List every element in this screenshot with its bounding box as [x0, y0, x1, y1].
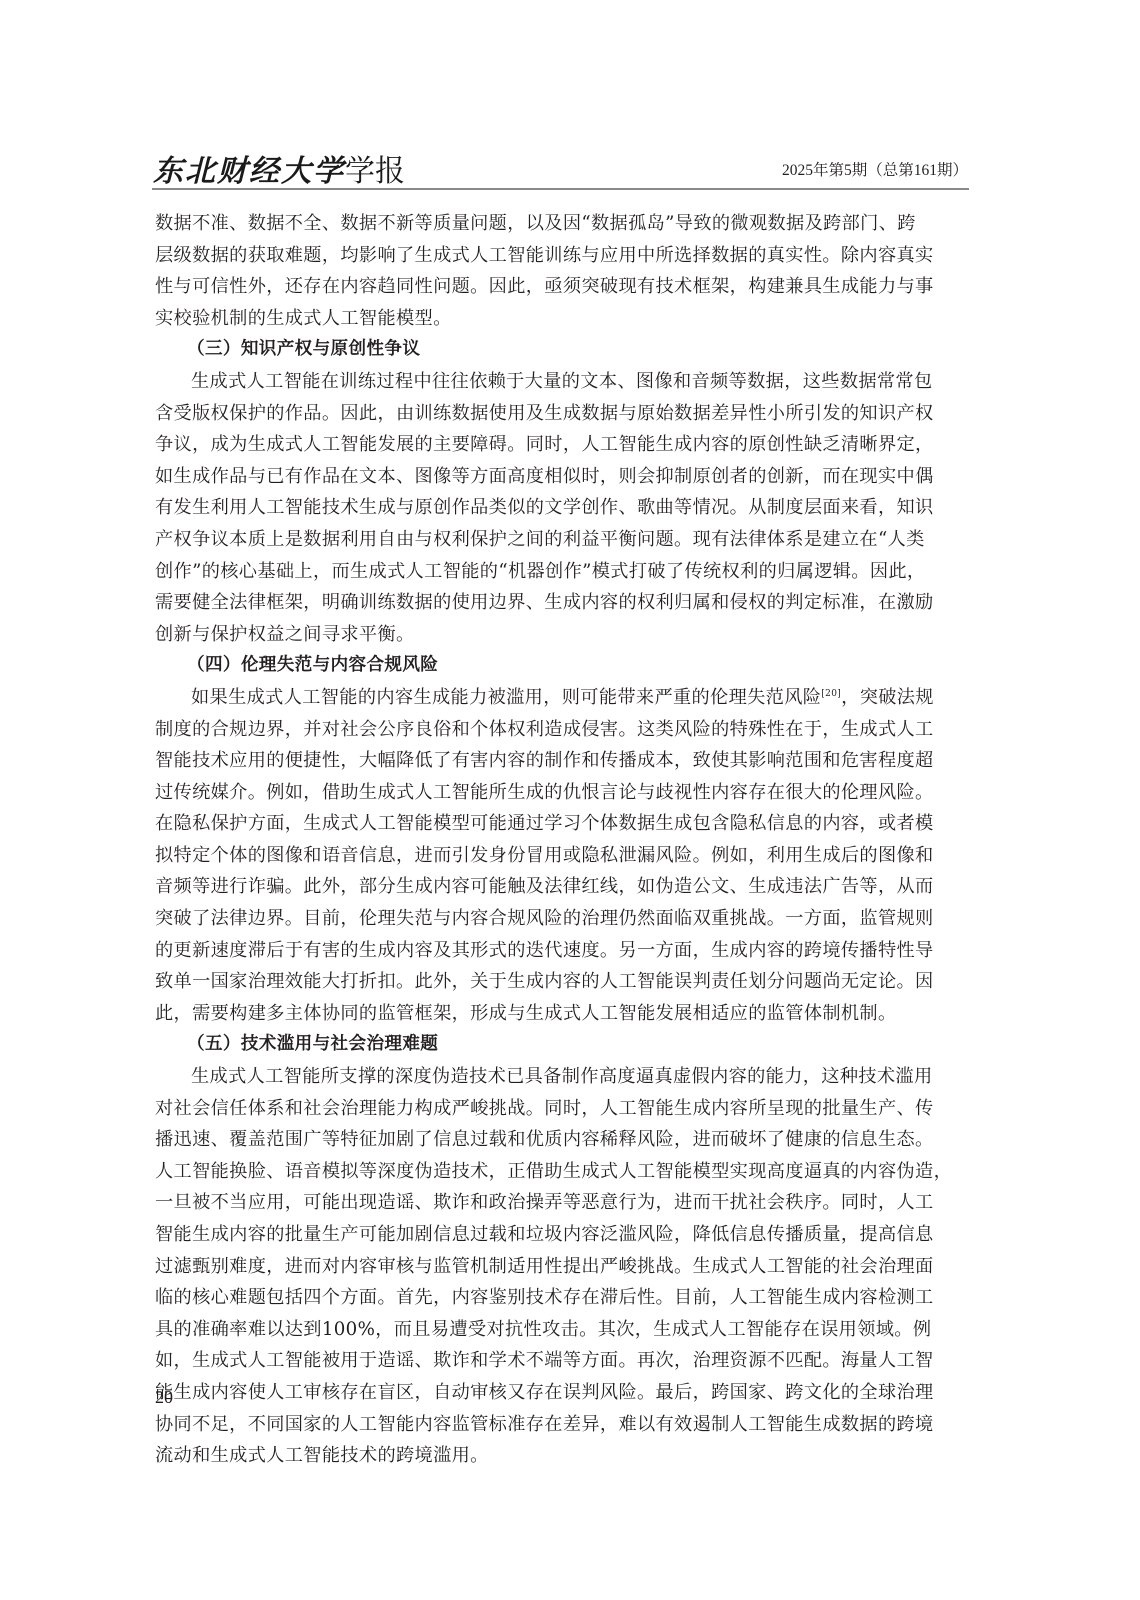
paragraph-line: 过滤甄别难度，进而对内容审核与监管机制适用性提出严峻挑战。生成式人工智能的社会治… [155, 1251, 975, 1283]
line-text: 如果生成式人工智能的内容生成能力被滥用，则可能带来严重的伦理失范风险 [191, 687, 821, 708]
paragraph-line: 创作”的核心基础上，而生成式人工智能的“机器创作”模式打破了传统权利的归属逻辑。… [155, 556, 975, 588]
paragraph-line: 播迅速、覆盖范围广等特征加剧了信息过载和优质内容稀释风险，进而破坏了健康的信息生… [155, 1124, 975, 1156]
paragraph-line: 实校验机制的生成式人工智能模型。 [155, 303, 975, 335]
paragraph-line: 拟特定个体的图像和语音信息，进而引发身份冒用或隐私泄漏风险。例如，利用生成后的图… [155, 840, 975, 872]
section-heading: （三）知识产权与原创性争议 [155, 334, 975, 366]
paragraph-line: 产权争议本质上是数据利用自由与权利保护之间的利益平衡问题。现有法律体系是建立在“… [155, 524, 975, 556]
paragraph-line: 人工智能换脸、语音模拟等深度伪造技术，正借助生成式人工智能模型实现高度逼真的内容… [155, 1156, 975, 1188]
paragraph-line: 一旦被不当应用，可能出现造谣、欺诈和政治操弄等恶意行为，进而干扰社会秩序。同时，… [155, 1187, 975, 1219]
paragraph-line: 如，生成式人工智能被用于造谣、欺诈和学术不端等方面。再次，治理资源不匹配。海量人… [155, 1345, 975, 1377]
paragraph-line: 过传统媒介。例如，借助生成式人工智能所生成的仇恨言论与歧视性内容存在很大的伦理风… [155, 777, 975, 809]
header-divider [152, 188, 969, 190]
page-header: 东北财经大学学报 2025年第5期（总第161期） [153, 150, 968, 186]
paragraph-line: 在隐私保护方面，生成式人工智能模型可能通过学习个体数据生成包含隐私信息的内容，或… [155, 808, 975, 840]
paragraph-line: 的更新速度滞后于有害的生成内容及其形式的迭代速度。另一方面，生成内容的跨境传播特… [155, 935, 975, 967]
section-heading: （五）技术滥用与社会治理难题 [155, 1029, 975, 1061]
paragraph-line: 智能技术应用的便捷性，大幅降低了有害内容的制作和传播成本，致使其影响范围和危害程… [155, 745, 975, 777]
paragraph-line: 协同不足，不同国家的人工智能内容监管标准存在差异，难以有效遏制人工智能生成数据的… [155, 1409, 975, 1441]
paragraph-line: 性与可信性外，还存在内容趋同性问题。因此，亟须突破现有技术框架，构建兼具生成能力… [155, 271, 975, 303]
journal-title: 东北财经大学学报 [153, 146, 405, 190]
paragraph-line: 制度的合规边界，并对社会公序良俗和个体权利造成侵害。这类风险的特殊性在于，生成式… [155, 714, 975, 746]
paragraph-line: 争议，成为生成式人工智能发展的主要障碍。同时，人工智能生成内容的原创性缺乏清晰界… [155, 429, 975, 461]
page-number: 20 [155, 1387, 173, 1408]
paragraph-line: 有发生利用人工智能技术生成与原创作品类似的文学创作、歌曲等情况。从制度层面来看，… [155, 492, 975, 524]
section-heading: （四）伦理失范与内容合规风险 [155, 650, 975, 682]
article-body: 数据不准、数据不全、数据不新等质量问题，以及因“数据孤岛”导致的微观数据及跨部门… [155, 208, 975, 1472]
paragraph-first-line: 如果生成式人工智能的内容生成能力被滥用，则可能带来严重的伦理失范风险[20]，突… [155, 682, 975, 714]
paragraph-line: 临的核心难题包括四个方面。首先，内容鉴别技术存在滞后性。目前，人工智能生成内容检… [155, 1282, 975, 1314]
paragraph-line: 突破了法律边界。目前，伦理失范与内容合规风险的治理仍然面临双重挑战。一方面，监管… [155, 903, 975, 935]
paragraph-first-line: 生成式人工智能在训练过程中往往依赖于大量的文本、图像和音频等数据，这些数据常常包 [155, 366, 975, 398]
paragraph-line: 需要健全法律框架，明确训练数据的使用边界、生成内容的权利归属和侵权的判定标准，在… [155, 587, 975, 619]
paragraph-line: 此，需要构建多主体协同的监管框架，形成与生成式人工智能发展相适应的监管体制机制。 [155, 998, 975, 1030]
paragraph-line: 音频等进行诈骗。此外，部分生成内容可能触及法律红线，如伪造公文、生成违法广告等，… [155, 871, 975, 903]
journal-title-plain: 学报 [345, 154, 405, 189]
paragraph-line: 对社会信任体系和社会治理能力构成严峻挑战。同时，人工智能生成内容所呈现的批量生产… [155, 1093, 975, 1125]
paragraph-line: 含受版权保护的作品。因此，由训练数据使用及生成数据与原始数据差异性小所引发的知识… [155, 398, 975, 430]
paragraph-line: 智能生成内容的批量生产可能加剧信息过载和垃圾内容泛滥风险，降低信息传播质量，提高… [155, 1219, 975, 1251]
citation-reference[interactable]: [20] [821, 689, 841, 699]
paragraph-line: 如生成作品与已有作品在文本、图像等方面高度相似时，则会抑制原创者的创新，而在现实… [155, 461, 975, 493]
paragraph-first-line: 生成式人工智能所支撑的深度伪造技术已具备制作高度逼真虚假内容的能力，这种技术滥用 [155, 1061, 975, 1093]
paragraph-line: 能生成内容使人工审核存在盲区，自动审核又存在误判风险。最后，跨国家、跨文化的全球… [155, 1377, 975, 1409]
journal-title-script: 东北财经大学 [153, 154, 345, 189]
paragraph-line: 具的准确率难以达到100%，而且易遭受对抗性攻击。其次，生成式人工智能存在误用领… [155, 1314, 975, 1346]
paragraph-line: 数据不准、数据不全、数据不新等质量问题，以及因“数据孤岛”导致的微观数据及跨部门… [155, 208, 975, 240]
paragraph-line: 流动和生成式人工智能技术的跨境滥用。 [155, 1440, 975, 1472]
paragraph-line: 层级数据的获取难题，均影响了生成式人工智能训练与应用中所选择数据的真实性。除内容… [155, 240, 975, 272]
paragraph-line: 创新与保护权益之间寻求平衡。 [155, 619, 975, 651]
issue-info: 2025年第5期（总第161期） [782, 158, 968, 180]
paragraph-line: 致单一国家治理效能大打折扣。此外，关于生成内容的人工智能误判责任划分问题尚无定论… [155, 966, 975, 998]
line-text: ，突破法规 [841, 687, 934, 708]
